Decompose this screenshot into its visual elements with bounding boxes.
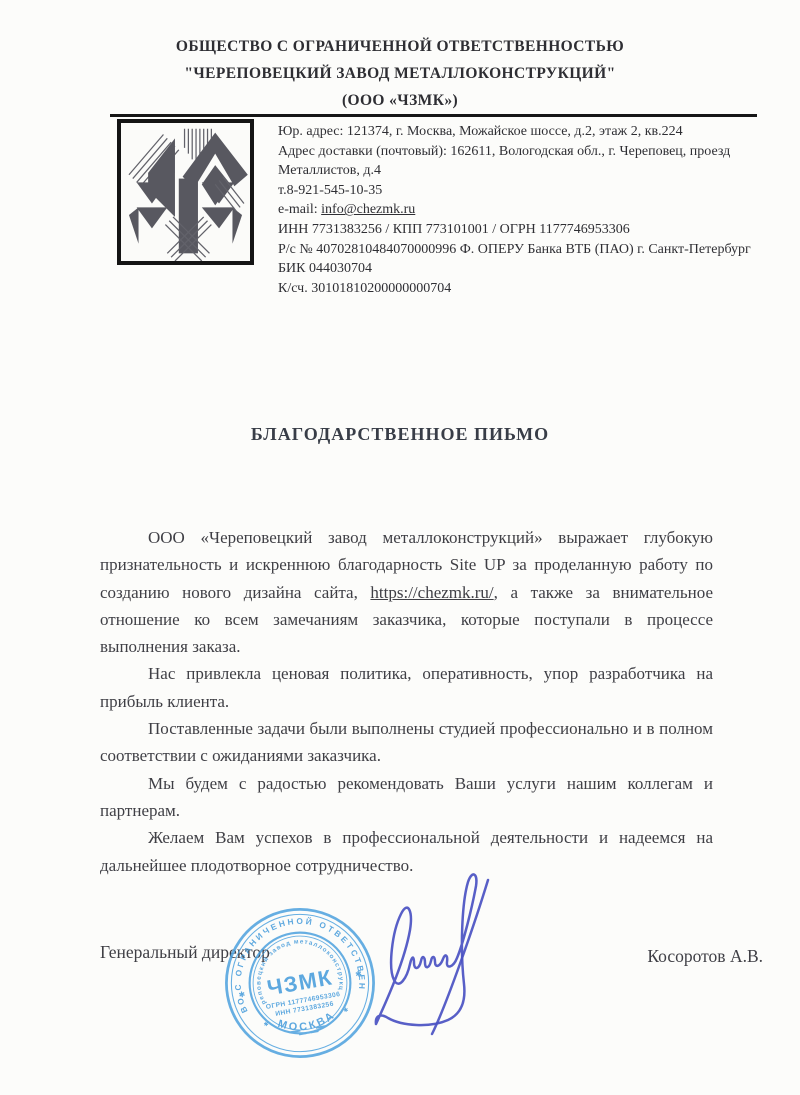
- corr-account-line: К/сч. 30101810200000000704: [278, 279, 764, 299]
- company-form: ОБЩЕСТВО С ОГРАНИЧЕННОЙ ОТВЕТСТВЕННОСТЬЮ: [0, 33, 800, 60]
- email-link[interactable]: info@chezmk.ru: [321, 202, 415, 217]
- company-header: ОБЩЕСТВО С ОГРАНИЧЕННОЙ ОТВЕТСТВЕННОСТЬЮ…: [0, 33, 800, 114]
- email-line: e-mail: info@chezmk.ru: [278, 200, 764, 220]
- bik-line: БИК 044030704: [278, 259, 764, 279]
- company-short-name: (ООО «ЧЗМК»): [0, 87, 800, 114]
- chzmk-monogram-icon: [121, 123, 250, 261]
- paragraph-recommend: Мы будем с радостью рекомендовать Ваши у…: [100, 770, 713, 825]
- legal-address: Юр. адрес: 121374, г. Москва, Можайское …: [278, 122, 764, 142]
- stamp-star-left-icon: ✱: [238, 990, 246, 1000]
- letter-body: ООО «Череповецкий завод металлоконструкц…: [100, 524, 713, 879]
- phone-number: т.8-921-545-10-35: [278, 181, 764, 201]
- site-link[interactable]: https://chezmk.ru/: [370, 583, 493, 602]
- paragraph-pricing: Нас привлекла ценовая политика, оператив…: [100, 660, 713, 715]
- company-logo: [117, 119, 254, 265]
- paragraph-gratitude: ООО «Череповецкий завод металлоконструкц…: [100, 524, 713, 660]
- company-details: Юр. адрес: 121374, г. Москва, Можайское …: [278, 122, 764, 298]
- postal-address: Адрес доставки (почтовый): 162611, Волог…: [278, 142, 764, 181]
- bank-account-line: Р/с № 40702810484070000996 Ф. ОПЕРУ Банк…: [278, 240, 764, 260]
- letter-title: БЛАГОДАРСТВЕННОЕ ПИЬМО: [0, 424, 800, 445]
- letter-page: ОБЩЕСТВО С ОГРАНИЧЕННОЙ ОТВЕТСТВЕННОСТЬЮ…: [0, 0, 800, 1095]
- signer-name: Косоротов А.В.: [647, 946, 763, 967]
- inn-kpp-ogrn-line: ИНН 7731383256 / КПП 773101001 / ОГРН 11…: [278, 220, 764, 240]
- email-label: e-mail:: [278, 202, 321, 217]
- handwritten-signature: [346, 856, 508, 1058]
- paragraph-tasks: Поставленные задачи были выполнены студи…: [100, 715, 713, 770]
- company-name: "ЧЕРЕПОВЕЦКИЙ ЗАВОД МЕТАЛЛОКОНСТРУКЦИЙ": [0, 60, 800, 87]
- header-divider: [110, 114, 757, 117]
